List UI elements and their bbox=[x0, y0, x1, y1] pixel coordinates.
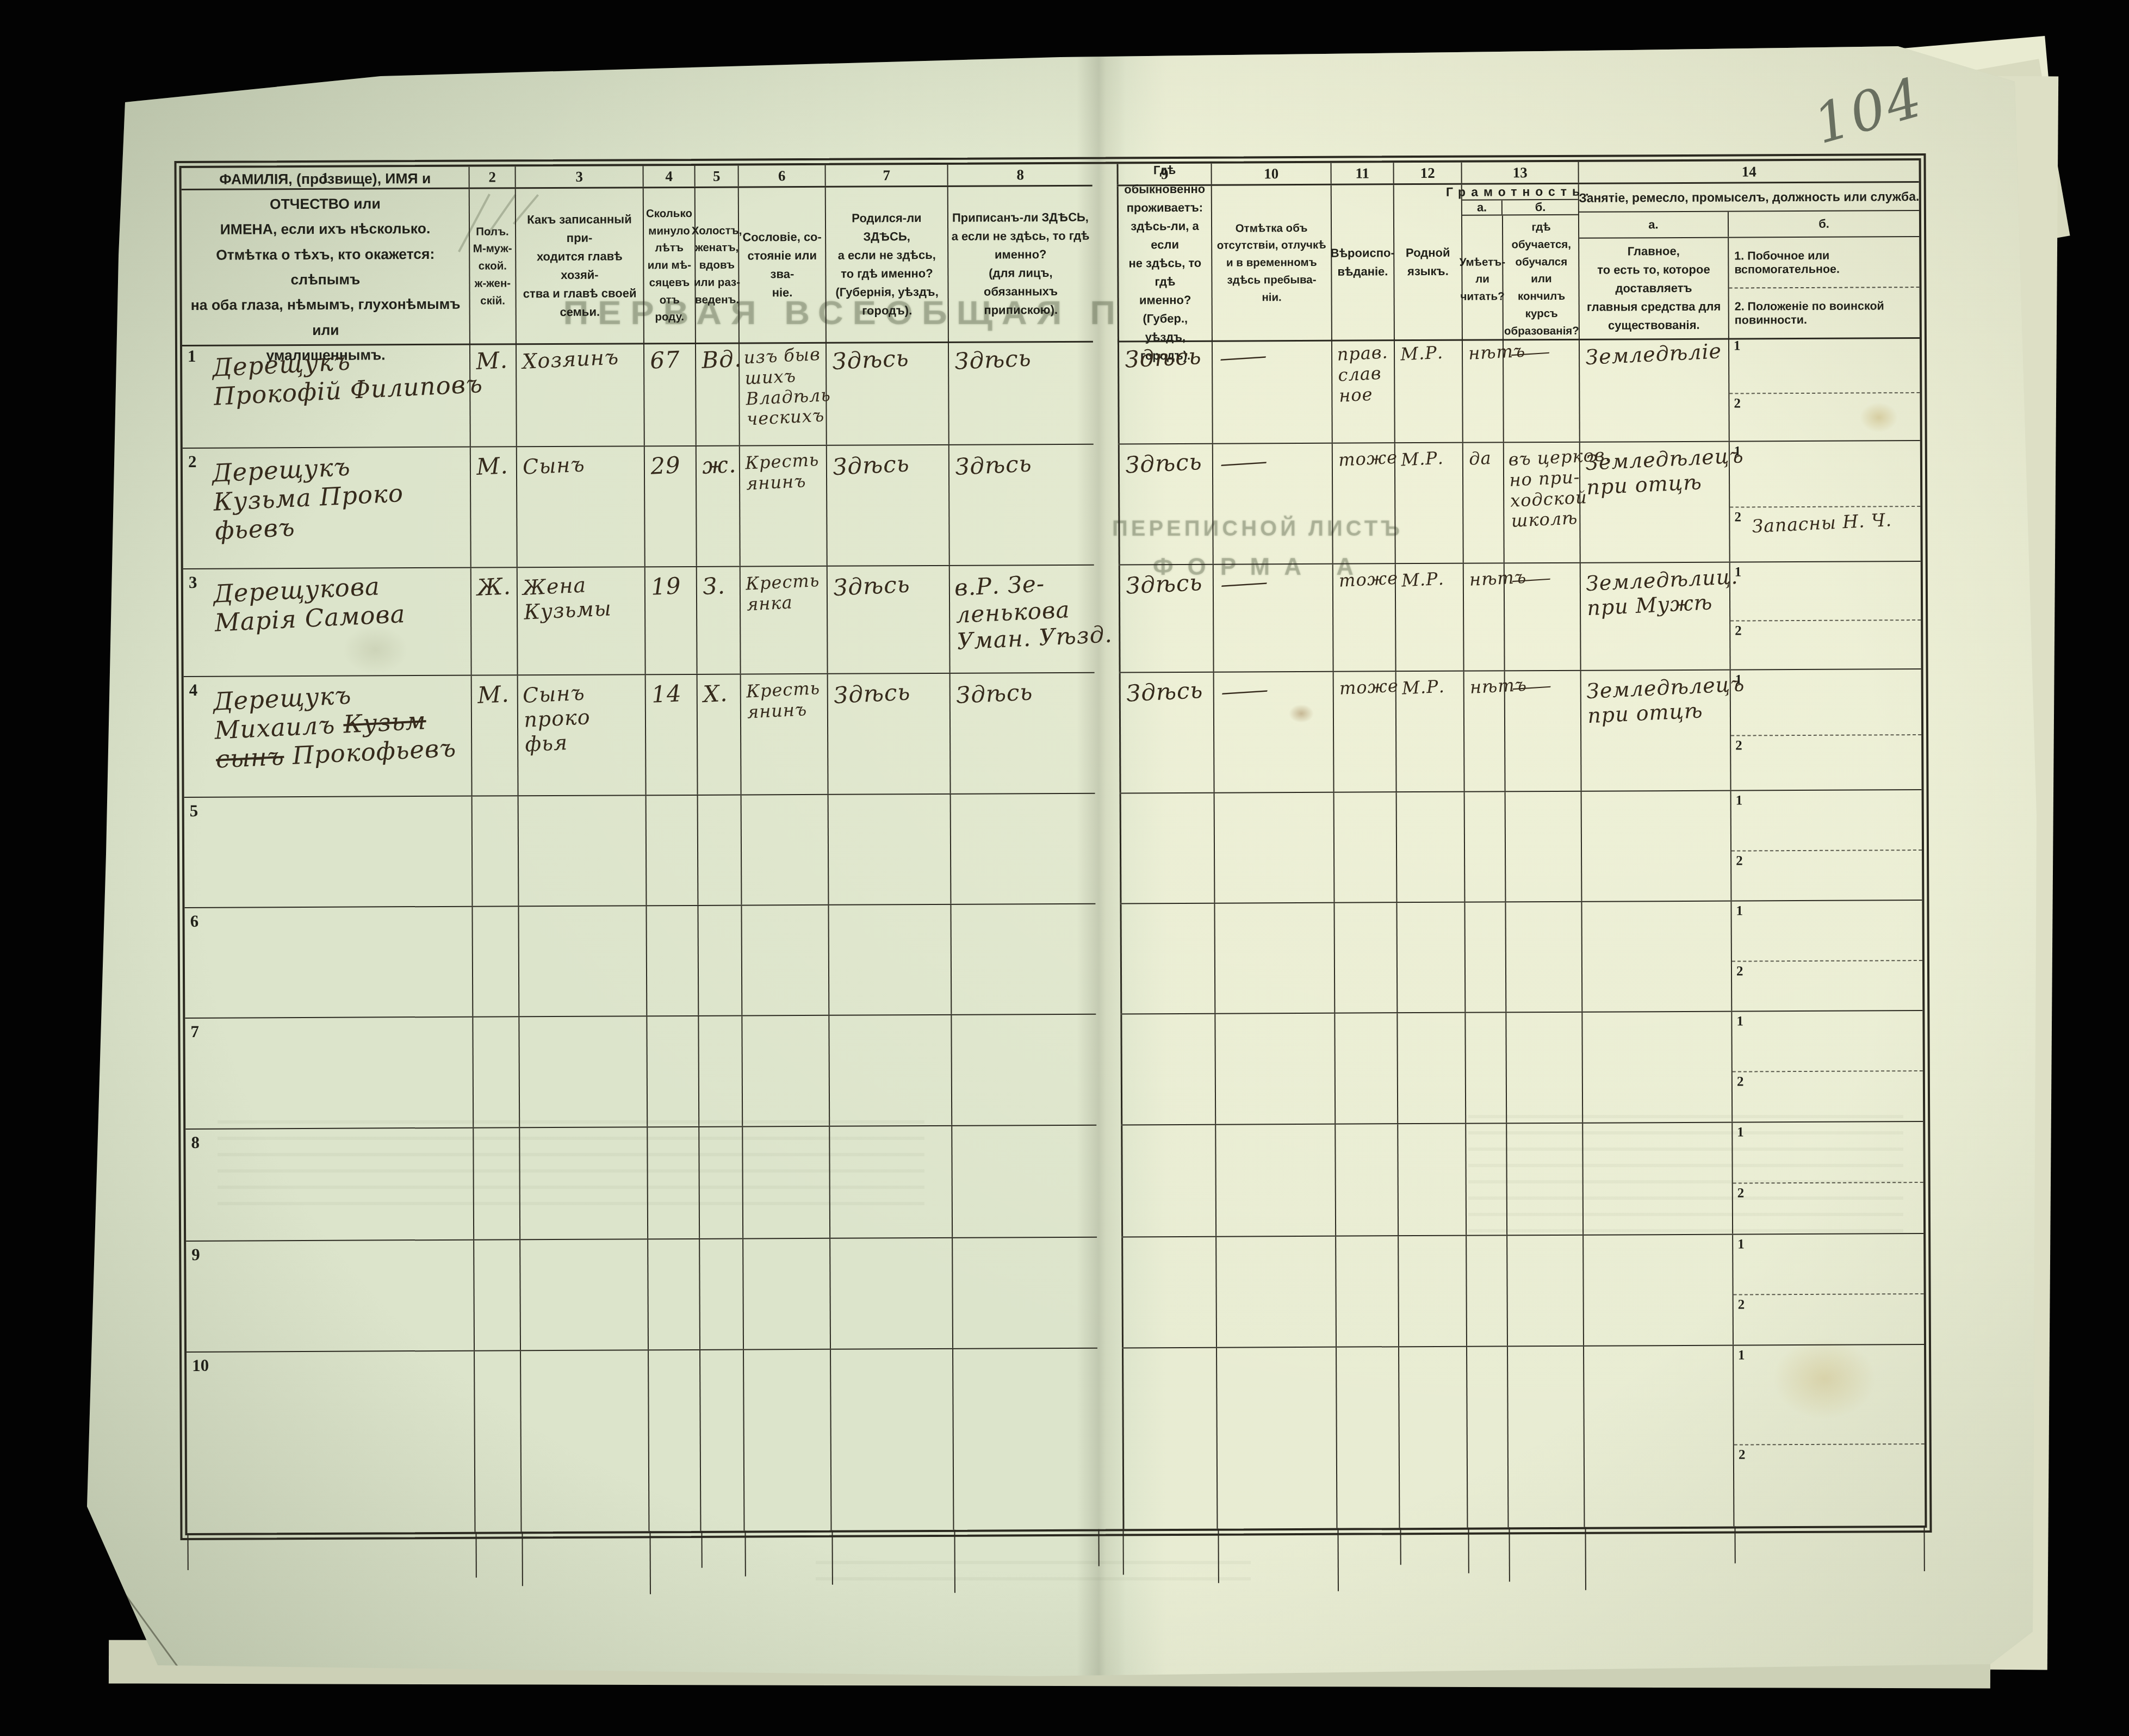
grid-line-stub bbox=[954, 1530, 955, 1593]
handwritten-entry: Крестьянинъ bbox=[739, 444, 827, 494]
cell-language bbox=[1398, 1124, 1467, 1236]
cell-religion bbox=[1334, 792, 1398, 902]
cell-name: 3ДерещуковаМарія Самова bbox=[183, 568, 472, 676]
cell-registered: Здѣсь bbox=[949, 339, 1094, 444]
cell-born bbox=[829, 1015, 952, 1126]
table-row: 9 bbox=[186, 1237, 1097, 1351]
cell-religion: тоже bbox=[1333, 443, 1396, 563]
cell-literacy_reads bbox=[1466, 1124, 1507, 1235]
cell-sex bbox=[473, 907, 519, 1016]
cell-name: 2ДерещукъКузьма Прокофьевъ bbox=[183, 448, 471, 568]
cell-sex: М. bbox=[470, 342, 517, 446]
header-age: Сколько минуло лѣтъ или мѣ- сяцевъ отъ р… bbox=[644, 188, 696, 343]
cell-resides bbox=[1121, 1125, 1216, 1237]
cell-occupation_main: Земледѣлецъпри отцѣ bbox=[1581, 671, 1731, 791]
header-occupation-a-label: а. bbox=[1579, 212, 1729, 238]
cell-literacy_school: — bbox=[1505, 671, 1582, 791]
handwritten-entry: ж. bbox=[696, 445, 740, 480]
handwritten-entry: тоже bbox=[1333, 671, 1396, 699]
grid-line-stub bbox=[475, 1532, 476, 1578]
cell-registered: Здѣсь bbox=[949, 445, 1094, 565]
header-name: ФАМИЛІЯ, (прозвище), ИМЯ и ОТЧЕСТВО или … bbox=[182, 189, 470, 345]
handwritten-entry: М.Р. bbox=[1394, 336, 1462, 365]
row-number: 9 bbox=[191, 1245, 200, 1264]
table-row: 1ДерещукъПрокофій ФилиповъМ.Хозяинъ67Вд.… bbox=[182, 339, 1094, 448]
col-num: 12 bbox=[1394, 163, 1462, 184]
cell-language: М.Р. bbox=[1395, 338, 1463, 443]
cell-registered bbox=[952, 1126, 1097, 1237]
cell-literacy_reads: нѣтъ bbox=[1464, 671, 1506, 791]
header-language: Родной языкъ. bbox=[1394, 185, 1463, 340]
cell-sex: Ж. bbox=[471, 568, 518, 674]
handwritten-entry: М.Р. bbox=[1395, 442, 1463, 471]
cell-relation bbox=[519, 906, 647, 1016]
cell-name: 5 bbox=[184, 797, 473, 907]
cell-language: М.Р. bbox=[1396, 564, 1464, 671]
cell-religion bbox=[1336, 1236, 1399, 1346]
cell-age: 14 bbox=[646, 675, 698, 795]
cell-name: 1ДерещукъПрокофій Филиповъ bbox=[182, 342, 471, 448]
header-literacy-reads: Умѣетъ- ли читать? bbox=[1462, 215, 1504, 343]
col-num: 2 bbox=[470, 166, 516, 187]
cell-language bbox=[1399, 1236, 1467, 1347]
table-row: 12 bbox=[1120, 789, 1922, 903]
grid-line-stub bbox=[187, 1533, 188, 1570]
cell-occupation_main bbox=[1584, 1346, 1734, 1527]
cell-marital bbox=[698, 906, 742, 1015]
handwritten-entry: да bbox=[1463, 442, 1504, 470]
table-row: 5 bbox=[184, 793, 1096, 907]
cell-occupation_main: Земледѣлиц.при Мужѣ bbox=[1581, 563, 1731, 670]
handwritten-entry: Здѣсь bbox=[827, 443, 949, 481]
cell-resides: Здѣсь bbox=[1119, 565, 1214, 672]
cell-relation bbox=[520, 1239, 649, 1350]
cell-military-status: 2 bbox=[1729, 393, 1920, 441]
handwritten-entry: М. bbox=[471, 675, 518, 709]
header-estate: Сословіе, со- стояніе или зва- ніе. bbox=[739, 188, 827, 343]
handwritten-entry: Сынъпрокофья bbox=[517, 672, 647, 757]
cell-relation: Сынъпрокофья bbox=[518, 675, 647, 795]
cell-religion bbox=[1334, 903, 1398, 1012]
handwritten-entry: 14 bbox=[645, 674, 697, 709]
handwritten-entry: нѣтъ bbox=[1464, 671, 1505, 698]
grid-line-stub bbox=[1098, 1529, 1099, 1566]
cell-resides bbox=[1122, 1348, 1218, 1529]
cell-literacy_school: — bbox=[1504, 337, 1580, 442]
handwritten-entry: Земледѣлецъпри отцѣ bbox=[1579, 439, 1730, 500]
header-military-status: 2. Положеніе по воинской повинности. bbox=[1729, 288, 1920, 338]
cell-name: 7 bbox=[185, 1018, 474, 1129]
cell-estate: изъ бывшихъВладѣльческихъ bbox=[740, 340, 827, 445]
cell-military-status: 2 bbox=[1731, 735, 1921, 790]
cell-occupation-side-military: 12 bbox=[1731, 901, 1922, 1011]
handwritten-entry: Здѣсь bbox=[949, 442, 1095, 481]
cell-occupation-side: 1 bbox=[1729, 336, 1920, 394]
cell-literacy_school bbox=[1507, 1124, 1584, 1235]
col-num: 6 bbox=[739, 165, 826, 187]
header-literacy-a-label: а. bbox=[1462, 200, 1503, 214]
handwritten-entry: Здѣсь bbox=[1119, 337, 1213, 374]
header-literacy-school: гдѣ обучается, обучался или кончилъ курс… bbox=[1503, 215, 1580, 343]
cell-born bbox=[829, 795, 952, 904]
cell-occupation_main: Земледѣлецъпри отцѣ bbox=[1580, 442, 1730, 562]
cell-marital bbox=[700, 1350, 744, 1530]
cell-occupation-side: 1 bbox=[1734, 1345, 1925, 1445]
cell-relation: ЖенаКузьмы bbox=[518, 567, 646, 674]
cell-language bbox=[1397, 903, 1466, 1013]
header-literacy-title: Грамотность. bbox=[1462, 184, 1578, 201]
grid-line-stub bbox=[1734, 1527, 1735, 1564]
cell-sex bbox=[475, 1351, 522, 1532]
handwritten-entry: ДерещукъКузьма Прокофьевъ bbox=[181, 441, 472, 547]
cell-absence bbox=[1216, 1237, 1337, 1347]
printed-sub-number: 2 bbox=[1738, 1298, 1745, 1313]
header-religion: Вѣроиспо- вѣданіе. bbox=[1332, 185, 1395, 339]
cell-language bbox=[1398, 1013, 1466, 1124]
cell-military-status: 2 bbox=[1733, 1183, 1923, 1233]
cell-born: Здѣсь bbox=[827, 340, 949, 445]
header-literacy-b-label: б. bbox=[1503, 200, 1578, 215]
handwritten-entry: въ церков.но при-ходскойшколѣ bbox=[1502, 441, 1581, 532]
grid-line-stub bbox=[1468, 1528, 1469, 1573]
table-right-page: 9 10 11 12 13 14 Гдѣ обыкновенно прожива… bbox=[1117, 160, 1925, 1529]
paper-sheet: ПЕРВАЯ ВСЕОБЩАЯ П ПЕРЕПИСНОЙ ЛИСТЪ ФОРМА… bbox=[54, 38, 2045, 1694]
table-row: Здѣсь—тожеМ.Р.нѣтъ—Земледѣлиц.при Мужѣ12 bbox=[1119, 561, 1921, 672]
handwritten-entry: тоже bbox=[1333, 563, 1395, 592]
cell-occupation-side: 1 bbox=[1732, 1011, 1922, 1072]
cell-occupation-side-military: 12 bbox=[1733, 1122, 1923, 1234]
cell-age bbox=[647, 906, 699, 1015]
cell-relation bbox=[519, 1016, 648, 1127]
cell-marital bbox=[698, 795, 742, 904]
cell-literacy_reads: нѣтъ bbox=[1464, 563, 1505, 670]
header-occupation-title: Занятіе, ремесло, промыселъ, должность и… bbox=[1579, 183, 1919, 213]
handwritten-entry: Здѣсь bbox=[826, 337, 949, 375]
header-literacy-group: Грамотность. а. б. Умѣетъ- ли читать? гд… bbox=[1462, 184, 1580, 339]
cell-literacy_reads bbox=[1467, 1347, 1509, 1527]
handwritten-entry: М.Р. bbox=[1395, 562, 1463, 592]
grid-line-stub bbox=[1509, 1527, 1510, 1582]
cell-occupation_main bbox=[1582, 902, 1732, 1012]
cell-absence bbox=[1217, 1348, 1337, 1529]
table-row: 3ДерещуковаМарія СамоваЖ.ЖенаКузьмы19З.К… bbox=[183, 565, 1095, 676]
cell-literacy_school bbox=[1508, 1347, 1585, 1528]
printed-sub-number: 1 bbox=[1738, 1348, 1745, 1363]
handwritten-entry: М.Р. bbox=[1396, 670, 1464, 699]
handwritten-entry: Здѣсь bbox=[827, 671, 950, 709]
cell-estate bbox=[742, 795, 829, 905]
cell-occupation_main bbox=[1583, 1123, 1733, 1235]
cell-literacy_reads: да bbox=[1463, 443, 1505, 562]
row-number: 8 bbox=[191, 1133, 200, 1152]
cell-religion bbox=[1335, 1013, 1398, 1124]
handwritten-entry: ДерещукъПрокофій Филиповъ bbox=[181, 336, 471, 412]
handwritten-entry: Хозяинъ bbox=[516, 338, 644, 374]
cell-relation bbox=[519, 796, 647, 906]
handwritten-entry: Здѣсь bbox=[1119, 442, 1213, 479]
header-absence: Отмѣтка объ отсутствіи, отлучкѣ и в врем… bbox=[1212, 185, 1332, 340]
printed-sub-number: 1 bbox=[1736, 903, 1743, 919]
cell-religion: тоже bbox=[1334, 672, 1397, 791]
cell-estate: Крестьянка bbox=[741, 567, 828, 674]
cell-language bbox=[1397, 792, 1466, 902]
cell-marital: Вд. bbox=[696, 341, 740, 445]
cell-resides: Здѣсь bbox=[1118, 339, 1213, 444]
printed-sub-number: 2 bbox=[1736, 964, 1743, 979]
handwritten-entry: нѣтъ bbox=[1463, 563, 1504, 591]
handwritten-entry: Земледѣлецъпри отцѣ bbox=[1580, 667, 1731, 729]
cell-age: 29 bbox=[645, 447, 697, 566]
header-residence: Гдѣ обыкновенно проживаетъ: здѣсь-ли, а … bbox=[1117, 186, 1213, 341]
cell-age bbox=[649, 1350, 701, 1531]
cell-sex bbox=[474, 1128, 520, 1239]
handwritten-entry: — bbox=[1504, 562, 1580, 591]
handwritten-entry: Здѣсь bbox=[827, 563, 950, 602]
cell-born: Здѣсь bbox=[827, 445, 950, 566]
handwritten-entry: Х. bbox=[697, 674, 741, 708]
column-number-row: 9 10 11 12 13 14 bbox=[1117, 160, 1919, 186]
cell-occupation-side: 1 bbox=[1733, 1122, 1923, 1184]
printed-sub-number: 1 bbox=[1734, 444, 1741, 459]
cell-estate bbox=[744, 1350, 831, 1531]
showthrough-paragraph bbox=[816, 1561, 1251, 1594]
header-occupation-main: Главное, то есть то, которое доставляетъ… bbox=[1579, 238, 1729, 339]
col-num: 11 bbox=[1332, 163, 1394, 184]
cell-literacy_reads bbox=[1466, 1013, 1507, 1123]
cell-literacy_school bbox=[1506, 792, 1582, 902]
cell-name: 10 bbox=[187, 1351, 475, 1533]
header-birthplace: Родился-ли ЗДѢСЬ, а если не здѣсь, то гд… bbox=[826, 187, 949, 342]
cell-military-status: 2 bbox=[1732, 961, 1922, 1011]
cell-sex: М. bbox=[472, 675, 519, 795]
handwritten-entry: нѣтъ bbox=[1462, 337, 1503, 364]
cell-literacy_school: — bbox=[1505, 563, 1581, 671]
cell-military-status: 2 bbox=[1734, 1444, 1925, 1527]
census-scan-page: ПЕРВАЯ ВСЕОБЩАЯ П ПЕРЕПИСНОЙ ЛИСТЪ ФОРМА… bbox=[0, 0, 2129, 1736]
cell-relation bbox=[521, 1350, 649, 1532]
handwritten-entry: Крестьянинъ bbox=[740, 672, 828, 723]
cell-occupation-side-military: 12 bbox=[1731, 790, 1922, 901]
cell-estate: Крестьянинъ bbox=[740, 446, 828, 566]
handwritten-entry: в.Р. Зе-леньковаУман. Уѣзд. bbox=[948, 562, 1096, 655]
header-occupation-b-label: б. bbox=[1729, 211, 1919, 237]
table-row: 10 bbox=[187, 1348, 1098, 1533]
cell-resides: Здѣсь bbox=[1118, 444, 1214, 565]
cell-marital bbox=[699, 1016, 743, 1126]
col-num: 4 bbox=[644, 166, 696, 187]
cell-born bbox=[829, 905, 952, 1015]
cell-literacy_school: въ церков.но при-ходскойшколѣ bbox=[1504, 443, 1581, 563]
cell-occupation-side-military: 12 bbox=[1732, 1011, 1923, 1122]
cell-literacy_reads bbox=[1467, 1236, 1508, 1346]
cell-occupation-side-military: 12 bbox=[1734, 1345, 1925, 1527]
grid-line-stub bbox=[1923, 1526, 1925, 1571]
handwritten-entry: Ж. bbox=[471, 567, 518, 602]
cell-occupation-side-military: 12 bbox=[1729, 336, 1920, 441]
col-num: 5 bbox=[696, 166, 739, 187]
handwritten-entry: 19 bbox=[645, 566, 697, 601]
cell-name: 4ДерещукъМихаилъ Кузьмсынъ Прокофьевъ bbox=[184, 676, 473, 797]
handwritten-entry: — bbox=[1505, 669, 1581, 699]
header-occupation-group: Занятіе, ремесло, промыселъ, должность и… bbox=[1579, 183, 1920, 339]
handwritten-entry: ДерещукъМихаилъ Кузьмсынъ Прокофьевъ bbox=[182, 669, 473, 775]
cell-born bbox=[831, 1349, 954, 1530]
cell-estate bbox=[743, 1239, 831, 1349]
cell-marital: Х. bbox=[698, 675, 742, 795]
cell-name: 6 bbox=[184, 907, 473, 1018]
handwritten-entry: Здѣсь bbox=[948, 336, 1094, 375]
cell-occupation-side-military: 12 bbox=[1733, 1234, 1924, 1345]
printed-sub-number: 2 bbox=[1739, 1447, 1746, 1462]
cell-resides bbox=[1121, 1237, 1217, 1348]
handwritten-entry: Запасны Н. Ч. bbox=[1729, 503, 1921, 538]
cell-absence bbox=[1216, 1125, 1336, 1236]
table-row: 7 bbox=[185, 1014, 1096, 1129]
cell-literacy_reads bbox=[1465, 792, 1506, 901]
cell-occupation-side: 1 bbox=[1730, 441, 1921, 508]
cell-occupation-side: 1 bbox=[1731, 901, 1922, 962]
printed-sub-number: 1 bbox=[1737, 1237, 1745, 1252]
grid-line-stub bbox=[1400, 1528, 1401, 1565]
printed-sub-number: 1 bbox=[1737, 1125, 1744, 1140]
grid-line-stub bbox=[744, 1530, 746, 1576]
cell-occupation_main bbox=[1582, 1012, 1733, 1123]
printed-sub-number: 2 bbox=[1737, 1075, 1744, 1090]
cell-resides bbox=[1120, 1014, 1216, 1125]
cell-marital bbox=[699, 1127, 743, 1238]
cell-marital bbox=[700, 1239, 744, 1349]
cell-military-status: 2 bbox=[1733, 1071, 1923, 1121]
table-left-page: 1 2 3 4 5 6 7 8 ФАМИЛІЯ, (прозвище), ИМЯ… bbox=[182, 164, 1098, 1533]
header-relation: Какъ записанный при- ходится главѣ хозяй… bbox=[516, 188, 644, 343]
cell-occupation-side-military: 12Запасны Н. Ч. bbox=[1730, 441, 1921, 562]
printed-sub-number: 1 bbox=[1736, 793, 1743, 808]
cell-absence: — bbox=[1213, 444, 1333, 564]
cell-literacy_school bbox=[1507, 1236, 1584, 1346]
cell-born: Здѣсь bbox=[828, 566, 951, 673]
cell-registered: Здѣсь bbox=[951, 673, 1095, 793]
cell-resides: Здѣсь bbox=[1119, 673, 1215, 793]
row-number: 10 bbox=[192, 1356, 209, 1375]
col-num: 10 bbox=[1212, 163, 1332, 184]
cell-religion: прав.славное bbox=[1332, 338, 1395, 442]
printed-sub-number: 1 bbox=[1735, 565, 1742, 580]
cell-age: 19 bbox=[645, 567, 698, 674]
handwritten-entry: — bbox=[1212, 336, 1332, 371]
handwritten-entry: Здѣсь bbox=[949, 670, 1095, 709]
handwritten-entry: тоже bbox=[1332, 442, 1395, 471]
printed-sub-number: 2 bbox=[1737, 1186, 1745, 1201]
cell-literacy_school bbox=[1506, 1013, 1583, 1123]
handwritten-entry: — bbox=[1213, 562, 1333, 597]
cell-absence: — bbox=[1214, 565, 1334, 672]
handwritten-entry: 29 bbox=[644, 445, 697, 480]
cell-relation bbox=[520, 1127, 648, 1239]
census-table: 1 2 3 4 5 6 7 8 ФАМИЛІЯ, (прозвище), ИМЯ… bbox=[179, 158, 1927, 1535]
handwritten-entry: изъ бывшихъВладѣльческихъ bbox=[738, 338, 828, 430]
handwritten-entry: Крестьянка bbox=[740, 565, 828, 615]
table-row: 12 bbox=[1120, 900, 1922, 1013]
cell-born bbox=[830, 1126, 953, 1238]
handwritten-entry: — bbox=[1213, 441, 1332, 476]
grid-line-stub bbox=[649, 1531, 651, 1594]
header-occupation-side: 1. Побочное или вспомогательное. bbox=[1729, 237, 1919, 289]
cell-estate bbox=[743, 1127, 830, 1238]
col-num: 7 bbox=[826, 165, 948, 186]
cell-absence bbox=[1215, 1014, 1336, 1124]
printed-sub-number: 1 bbox=[1734, 338, 1741, 354]
cell-occupation-side-military: 12 bbox=[1731, 669, 1922, 790]
header-row: ФАМИЛІЯ, (прозвище), ИМЯ и ОТЧЕСТВО или … bbox=[182, 187, 1093, 346]
handwritten-entry: ДерещуковаМарія Самова bbox=[182, 562, 472, 638]
col-num: 14 bbox=[1579, 160, 1919, 183]
cell-registered: в.Р. Зе-леньковаУман. Уѣзд. bbox=[950, 566, 1095, 673]
cell-relation: Сынъ bbox=[517, 447, 645, 567]
printed-sub-number: 2 bbox=[1736, 853, 1743, 869]
printed-sub-number: 2 bbox=[1734, 396, 1741, 411]
cell-born: Здѣсь bbox=[828, 674, 951, 794]
cell-marital: ж. bbox=[697, 447, 741, 566]
printed-sub-number: 2 bbox=[1735, 738, 1742, 753]
handwritten-entry: ЖенаКузьмы bbox=[517, 565, 646, 625]
cell-resides bbox=[1120, 793, 1215, 903]
cell-absence bbox=[1215, 903, 1335, 1013]
rows-right: Здѣсь—прав.славноеМ.Р.нѣтъ—Земледѣліе12З… bbox=[1118, 336, 1925, 1529]
grid-line-stub bbox=[831, 1530, 833, 1585]
cell-estate bbox=[742, 906, 829, 1015]
cell-language: М.Р. bbox=[1395, 443, 1464, 563]
handwritten-entry: Сынъ bbox=[517, 444, 644, 480]
cell-religion: тоже bbox=[1333, 564, 1396, 671]
table-row: Здѣсь—прав.славноеМ.Р.нѣтъ—Земледѣліе12 bbox=[1118, 336, 1920, 443]
handwritten-entry: М. bbox=[470, 447, 517, 481]
table-row: 8 bbox=[185, 1125, 1097, 1241]
cell-name: 9 bbox=[186, 1241, 475, 1351]
grid-line-stub bbox=[1122, 1529, 1124, 1574]
cell-age bbox=[648, 1127, 700, 1238]
cell-military-status: 2 bbox=[1734, 1294, 1924, 1344]
cell-age bbox=[648, 1239, 700, 1349]
handwritten-entry: — bbox=[1214, 669, 1333, 705]
row-number: 6 bbox=[190, 912, 199, 931]
cell-relation: Хозяинъ bbox=[517, 341, 645, 446]
header-sex: Полъ. М-муж- ской. ж-жен- скій. bbox=[470, 189, 517, 343]
rows-left: 1ДерещукъПрокофій ФилиповъМ.Хозяинъ67Вд.… bbox=[182, 339, 1098, 1533]
cell-literacy_reads bbox=[1465, 902, 1506, 1012]
cell-sex bbox=[474, 1240, 521, 1350]
table-row: 4ДерещукъМихаилъ Кузьмсынъ ПрокофьевъМ.С… bbox=[184, 672, 1095, 797]
table-row: 12 bbox=[1120, 1010, 1923, 1124]
grid-line-stub bbox=[1218, 1529, 1219, 1583]
table-row: 12 bbox=[1122, 1344, 1925, 1529]
cell-religion bbox=[1336, 1124, 1399, 1235]
cell-absence: — bbox=[1213, 338, 1333, 443]
cell-literacy_reads: нѣтъ bbox=[1463, 337, 1504, 442]
col-num: 13 bbox=[1462, 162, 1579, 183]
grid-line-stub bbox=[701, 1531, 702, 1568]
cell-name: 8 bbox=[185, 1129, 474, 1241]
col-num: 8 bbox=[948, 164, 1093, 185]
cell-occupation-side: 1 bbox=[1730, 562, 1921, 621]
cell-military-status: 2Запасны Н. Ч. bbox=[1730, 507, 1920, 562]
cell-marital: З. bbox=[697, 567, 741, 674]
printed-sub-number: 1 bbox=[1736, 1014, 1743, 1029]
cell-religion bbox=[1337, 1347, 1400, 1528]
handwritten-entry: Вд. bbox=[696, 340, 740, 374]
cell-registered bbox=[952, 1015, 1096, 1125]
header-row: Гдѣ обыкновенно проживаетъ: здѣсь-ли, а … bbox=[1117, 183, 1920, 342]
row-number: 7 bbox=[190, 1022, 199, 1041]
